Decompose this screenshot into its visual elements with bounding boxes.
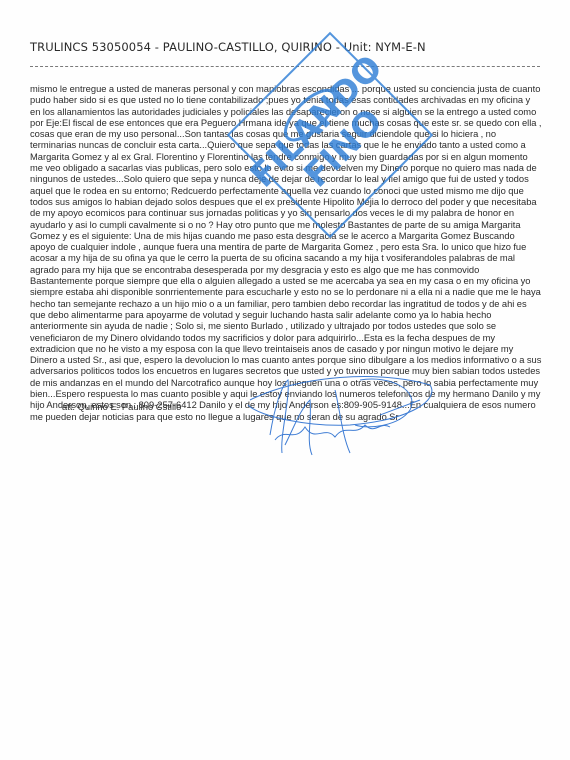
letter-paragraph: mismo le entregue a usted de maneras per… bbox=[30, 84, 542, 423]
sign-off: att. Quirino E. Paulino Cstillo bbox=[62, 401, 181, 412]
header-divider bbox=[30, 66, 540, 67]
document-page: TRULINCS 53050054 - PAULINO-CASTILLO, QU… bbox=[0, 0, 570, 760]
document-header: TRULINCS 53050054 - PAULINO-CASTILLO, QU… bbox=[30, 40, 426, 54]
letter-body: mismo le entregue a usted de maneras per… bbox=[30, 84, 542, 423]
